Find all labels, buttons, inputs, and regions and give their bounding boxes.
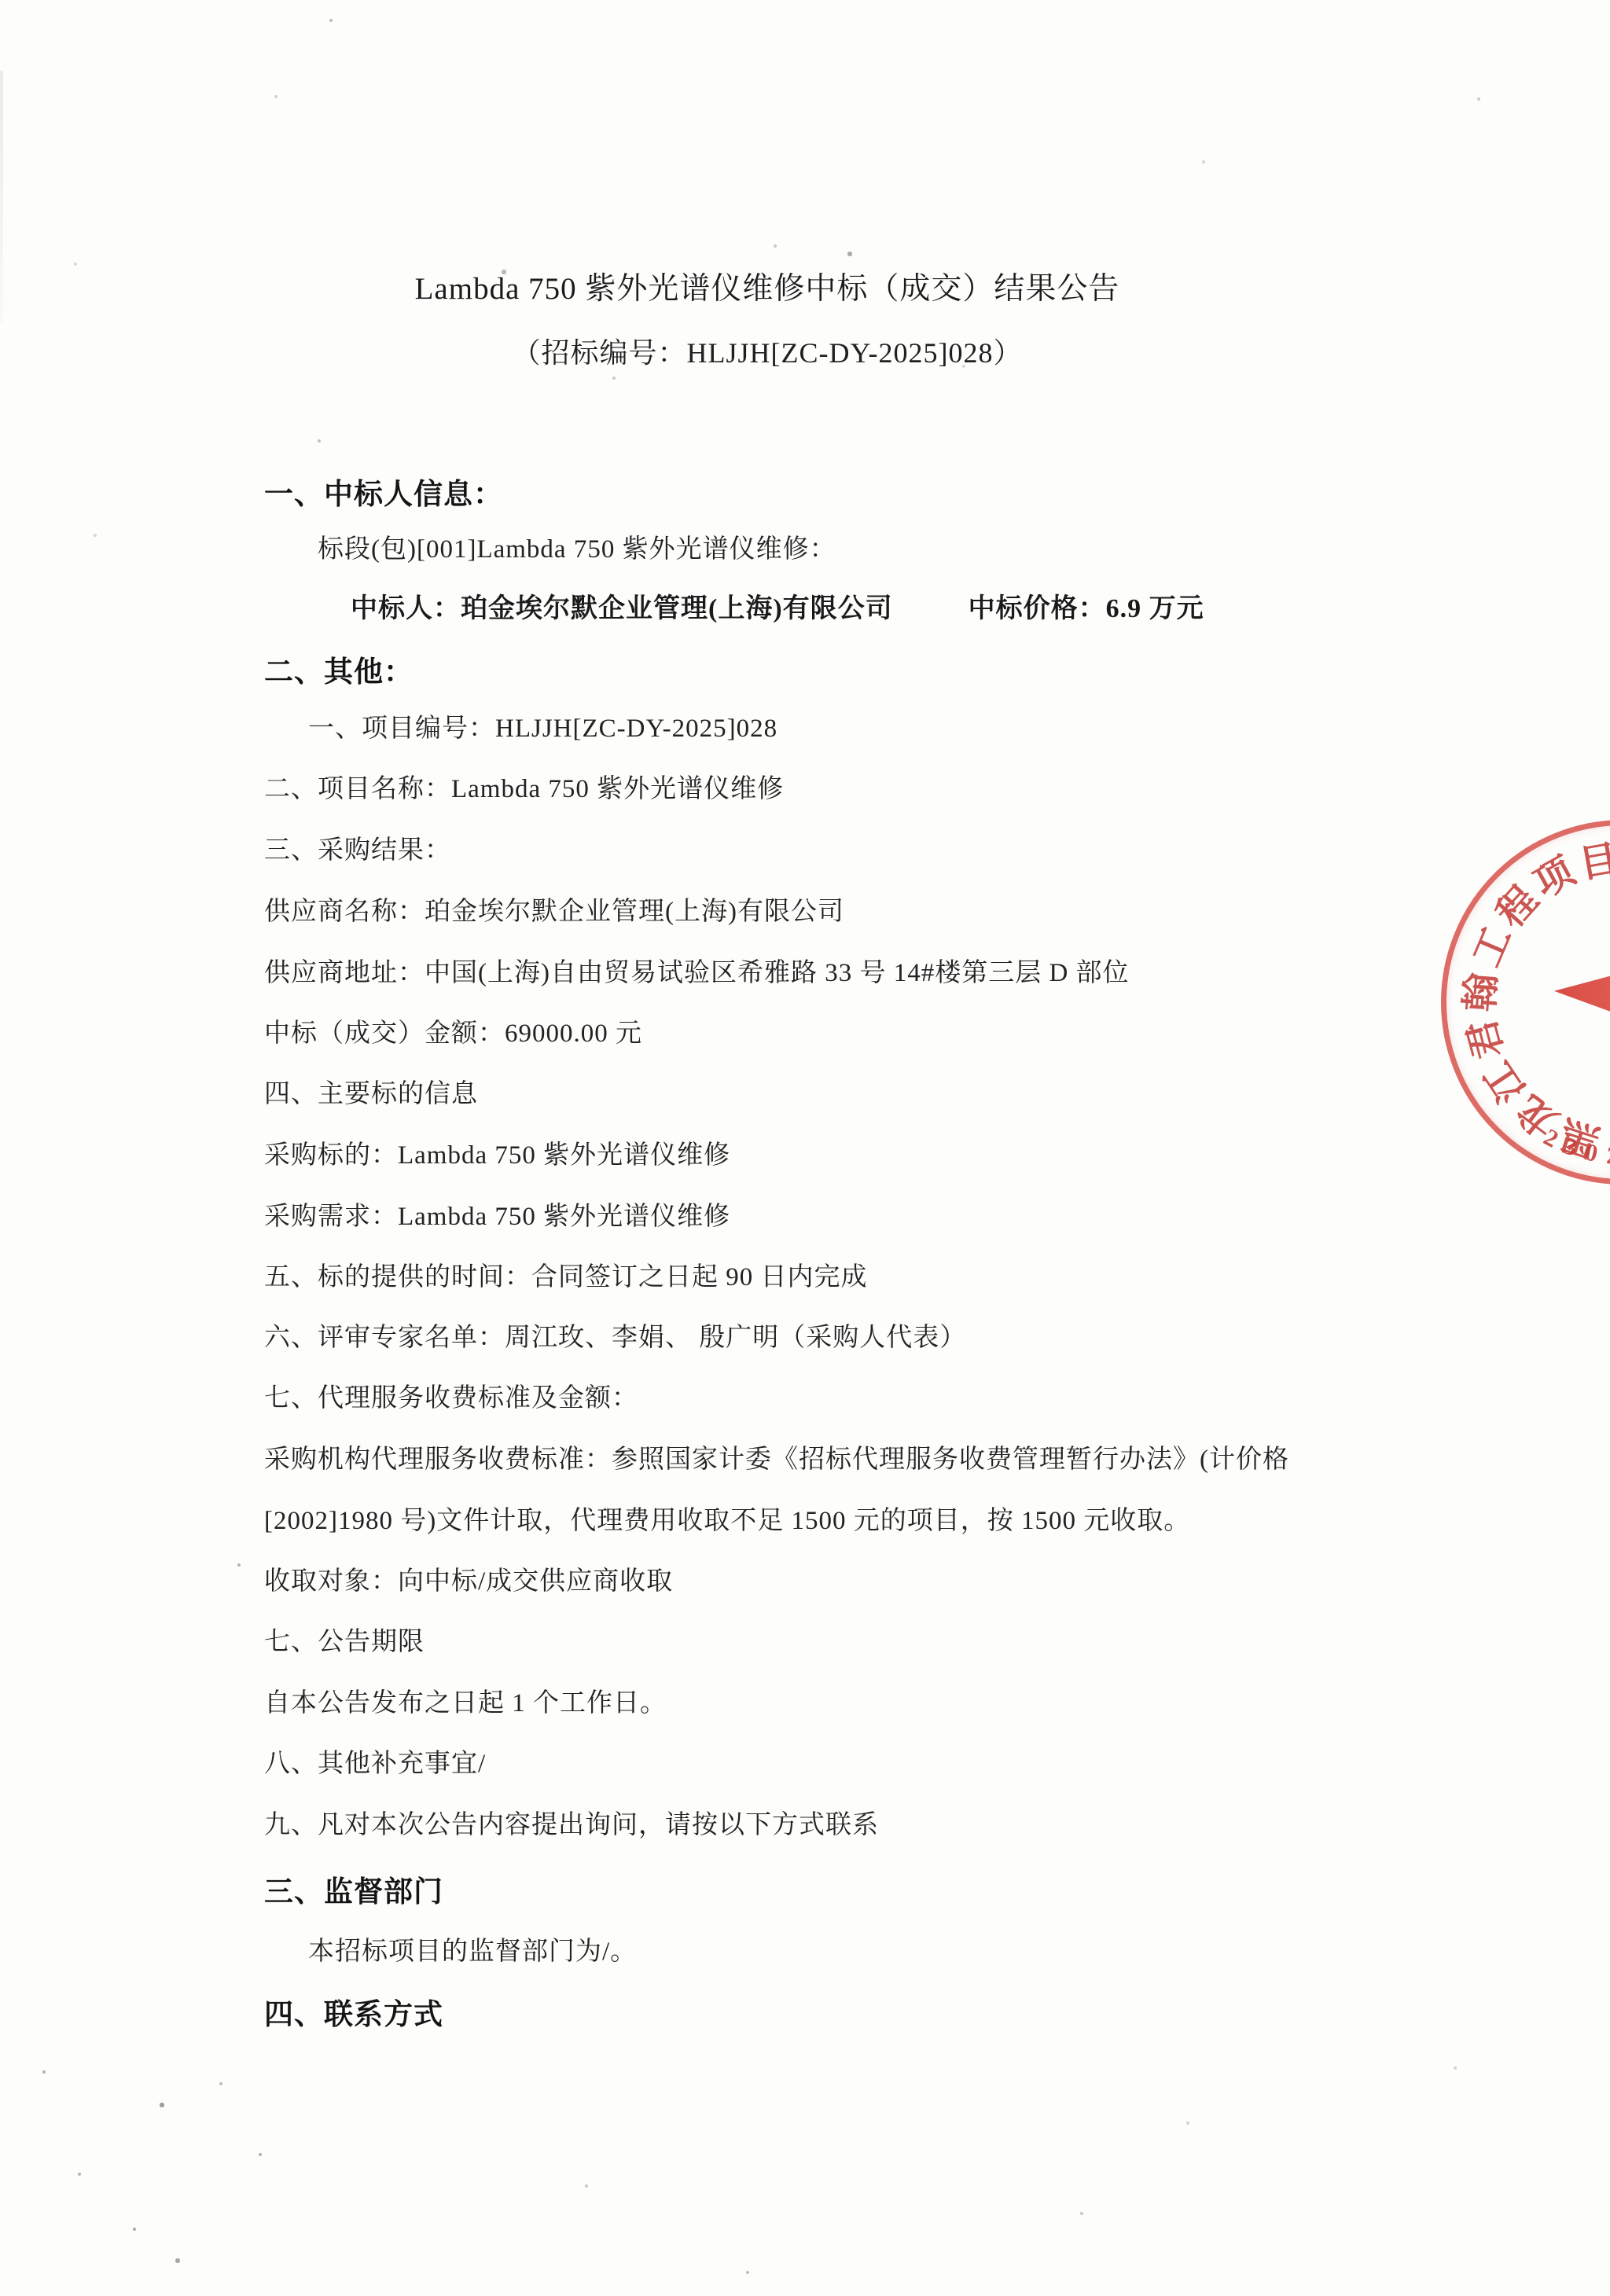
- seal-serial-digit: 2: [1539, 1123, 1564, 1154]
- procurement-subject-line: 采购标的：Lambda 750 紫外光谱仪维修: [264, 1134, 730, 1171]
- tender-number-subtitle: （招标编号：HLJJH[ZC-DY-2025]028）: [0, 331, 1535, 371]
- supplementary-matters-line: 八、其他补充事宜/: [264, 1743, 486, 1780]
- fee-payer-line: 收取对象：向中标/成交供应商收取: [264, 1560, 673, 1597]
- seal-arc-char: 龙: [1504, 1085, 1568, 1152]
- winner-name: 中标人：珀金埃尔默企业管理(上海)有限公司: [351, 594, 893, 623]
- seal-arc-char: 程: [1482, 872, 1549, 938]
- procurement-result-heading: 三、采购结果：: [264, 829, 451, 866]
- procurement-demand-line: 采购需求：Lambda 750 紫外光谱仪维修: [264, 1196, 730, 1232]
- seal-arc-char: 目: [1575, 828, 1610, 889]
- section-other-heading: 二、其他：: [264, 648, 414, 690]
- expert-panel-line: 六、评审专家名单：周江玫、李娟、 殷广明（采购人代表）: [264, 1317, 966, 1354]
- award-amount-line: 中标（成交）金额：69000.00 元: [264, 1012, 642, 1049]
- seal-star-icon: [1535, 888, 1610, 1098]
- agency-fee-standard-line-1: 采购机构代理服务收费标准：参照国家计委《招标代理服务收费管理暂行办法》(计价格: [264, 1438, 1289, 1475]
- agency-fee-standard-line-2: [2002]1980 号)文件计取，代理费用收取不足 1500 元的项目，按 1…: [264, 1500, 1190, 1537]
- announcement-period-line: 自本公告发布之日起 1 个工作日。: [264, 1682, 667, 1719]
- agency-fee-heading: 七、代理服务收费标准及金额：: [264, 1377, 638, 1414]
- red-company-seal: 黑 龙 江 君 翰 工 程 项 目 2 3 0 2: [1441, 820, 1610, 1185]
- winner-price: 中标价格：6.9 万元: [969, 594, 1204, 623]
- project-number-line: 一、项目编号：HLJJH[ZC-DY-2025]028: [308, 707, 777, 744]
- seal-arc-char: 君: [1451, 1014, 1514, 1065]
- seal-ring: [1441, 820, 1610, 1185]
- document-page: Lambda 750 紫外光谱仪维修中标（成交）结果公告 （招标编号：HLJJH…: [0, 0, 1610, 2296]
- supplier-name-line: 供应商名称：珀金埃尔默企业管理(上海)有限公司: [264, 891, 844, 928]
- seal-arc-char: 工: [1457, 917, 1523, 973]
- announcement-period-heading: 七、公告期限: [264, 1621, 425, 1658]
- seal-arc-char: 项: [1523, 842, 1583, 909]
- section-contact-heading: 四、联系方式: [264, 1990, 443, 2033]
- subject-info-heading: 四、主要标的信息: [264, 1073, 478, 1110]
- document-title: Lambda 750 紫外光谱仪维修中标（成交）结果公告: [0, 264, 1535, 308]
- seal-serial-digit: 3: [1560, 1132, 1582, 1163]
- section-supervision-heading: 三、监督部门: [264, 1868, 443, 1910]
- inquiry-contact-line: 九、凡对本次公告内容提出询问，请按以下方式联系: [264, 1804, 879, 1841]
- delivery-time-line: 五、标的提供的时间：合同签订之日起 90 日内完成: [264, 1256, 868, 1293]
- section-winner-info-heading: 一、中标人信息：: [264, 470, 503, 512]
- seal-serial-digit: 2: [1605, 1141, 1610, 1170]
- scan-noise-specks: [0, 0, 2, 2]
- lot-info-line: 标段(包)[001]Lambda 750 紫外光谱仪维修：: [318, 528, 836, 565]
- seal-serial-digit: 0: [1582, 1137, 1601, 1167]
- seal-arc-char: 江: [1469, 1052, 1536, 1115]
- winner-line: 中标人：珀金埃尔默企业管理(上海)有限公司中标价格：6.9 万元: [351, 586, 1204, 625]
- supplier-address-line: 供应商地址：中国(上海)自由贸易试验区希雅路 33 号 14#楼第三层 D 部位: [264, 952, 1130, 989]
- seal-arc-char: 黑: [1552, 1108, 1605, 1173]
- project-name-line: 二、项目名称：Lambda 750 紫外光谱仪维修: [264, 768, 784, 805]
- supervision-department-line: 本招标项目的监督部门为/。: [308, 1930, 637, 1967]
- seal-arc-char: 翰: [1450, 971, 1507, 1013]
